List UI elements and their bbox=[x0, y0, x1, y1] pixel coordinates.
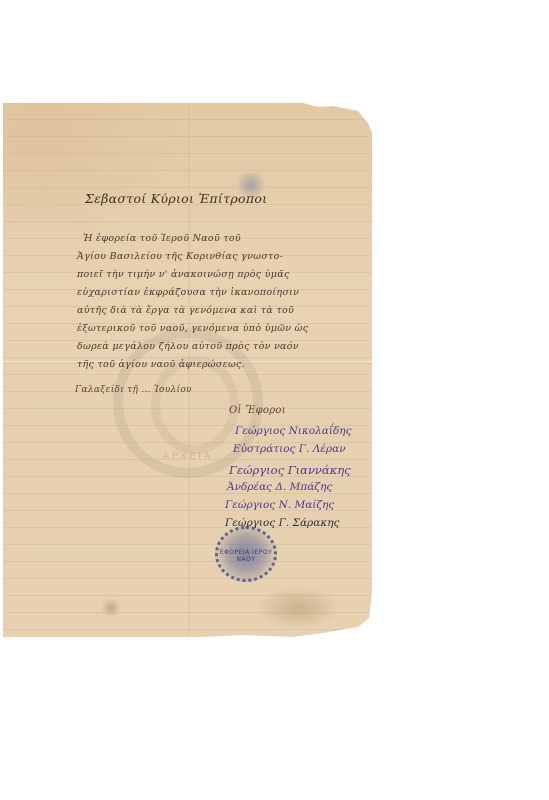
signature-5: Γεώργιος Ν. Μαίζης bbox=[225, 499, 334, 511]
watermark-inner-ring bbox=[151, 356, 239, 454]
body-line-5: αὐτῆς διὰ τὰ ἔργα τὰ γενόμενα καὶ τὰ τοῦ bbox=[77, 305, 294, 316]
body-line-4: εὐχαριστίαν ἐκφράζουσα τὴν ἱκανοποίησιν bbox=[77, 287, 299, 298]
signatories-heading: Οἱ Ἔφοροι bbox=[229, 405, 286, 416]
signature-3: Γεώργιος Γιαννάκης bbox=[229, 463, 351, 477]
official-seal-stamp: ΕΦΟΡΕΙΑ ΙΕΡΟΥ ΝΑΟΥ bbox=[215, 526, 277, 582]
seal-text: ΕΦΟΡΕΙΑ ΙΕΡΟΥ ΝΑΟΥ bbox=[218, 549, 274, 563]
body-line-7: δωρεὰ μεγάλου ζήλου αὐτοῦ πρὸς τὸν ναόν bbox=[77, 341, 299, 352]
signature-4: Ἀνδρέας Δ. Μπάζης bbox=[227, 481, 332, 493]
body-line-8: τῆς τοῦ ἁγίου ναοῦ ἀφιερώσεως. bbox=[77, 359, 245, 370]
signature-2: Εὐστράτιος Γ. Λέραν bbox=[233, 443, 346, 455]
body-line-6: ἐξωτερικοῦ τοῦ ναοῦ, γενόμενα ὑπὸ ὑμῶν ὡ… bbox=[77, 323, 308, 334]
body-line-2: Ἁγίου Βασιλείου τῆς Κορινθίας γνωστο- bbox=[77, 251, 283, 262]
body-line-3: ποιεῖ τὴν τιμήν ν' ἀνακοινώσῃ πρὸς ὑμᾶς bbox=[77, 269, 290, 280]
document-page: ΑΡΧΕΙΑ Σεβαστοί Κύριοι Ἐπίτροποι Ἡ ἐφορε… bbox=[3, 103, 372, 637]
signature-1: Γεώργιος Νικολαΐδης bbox=[235, 425, 351, 437]
date-line: Γαλαξείδι τῇ ... Ἰουλίου bbox=[75, 385, 192, 395]
body-line-1: Ἡ ἐφορεία τοῦ Ἱεροῦ Ναοῦ τοῦ bbox=[83, 233, 241, 244]
salutation: Σεβαστοί Κύριοι Ἐπίτροποι bbox=[85, 191, 267, 206]
